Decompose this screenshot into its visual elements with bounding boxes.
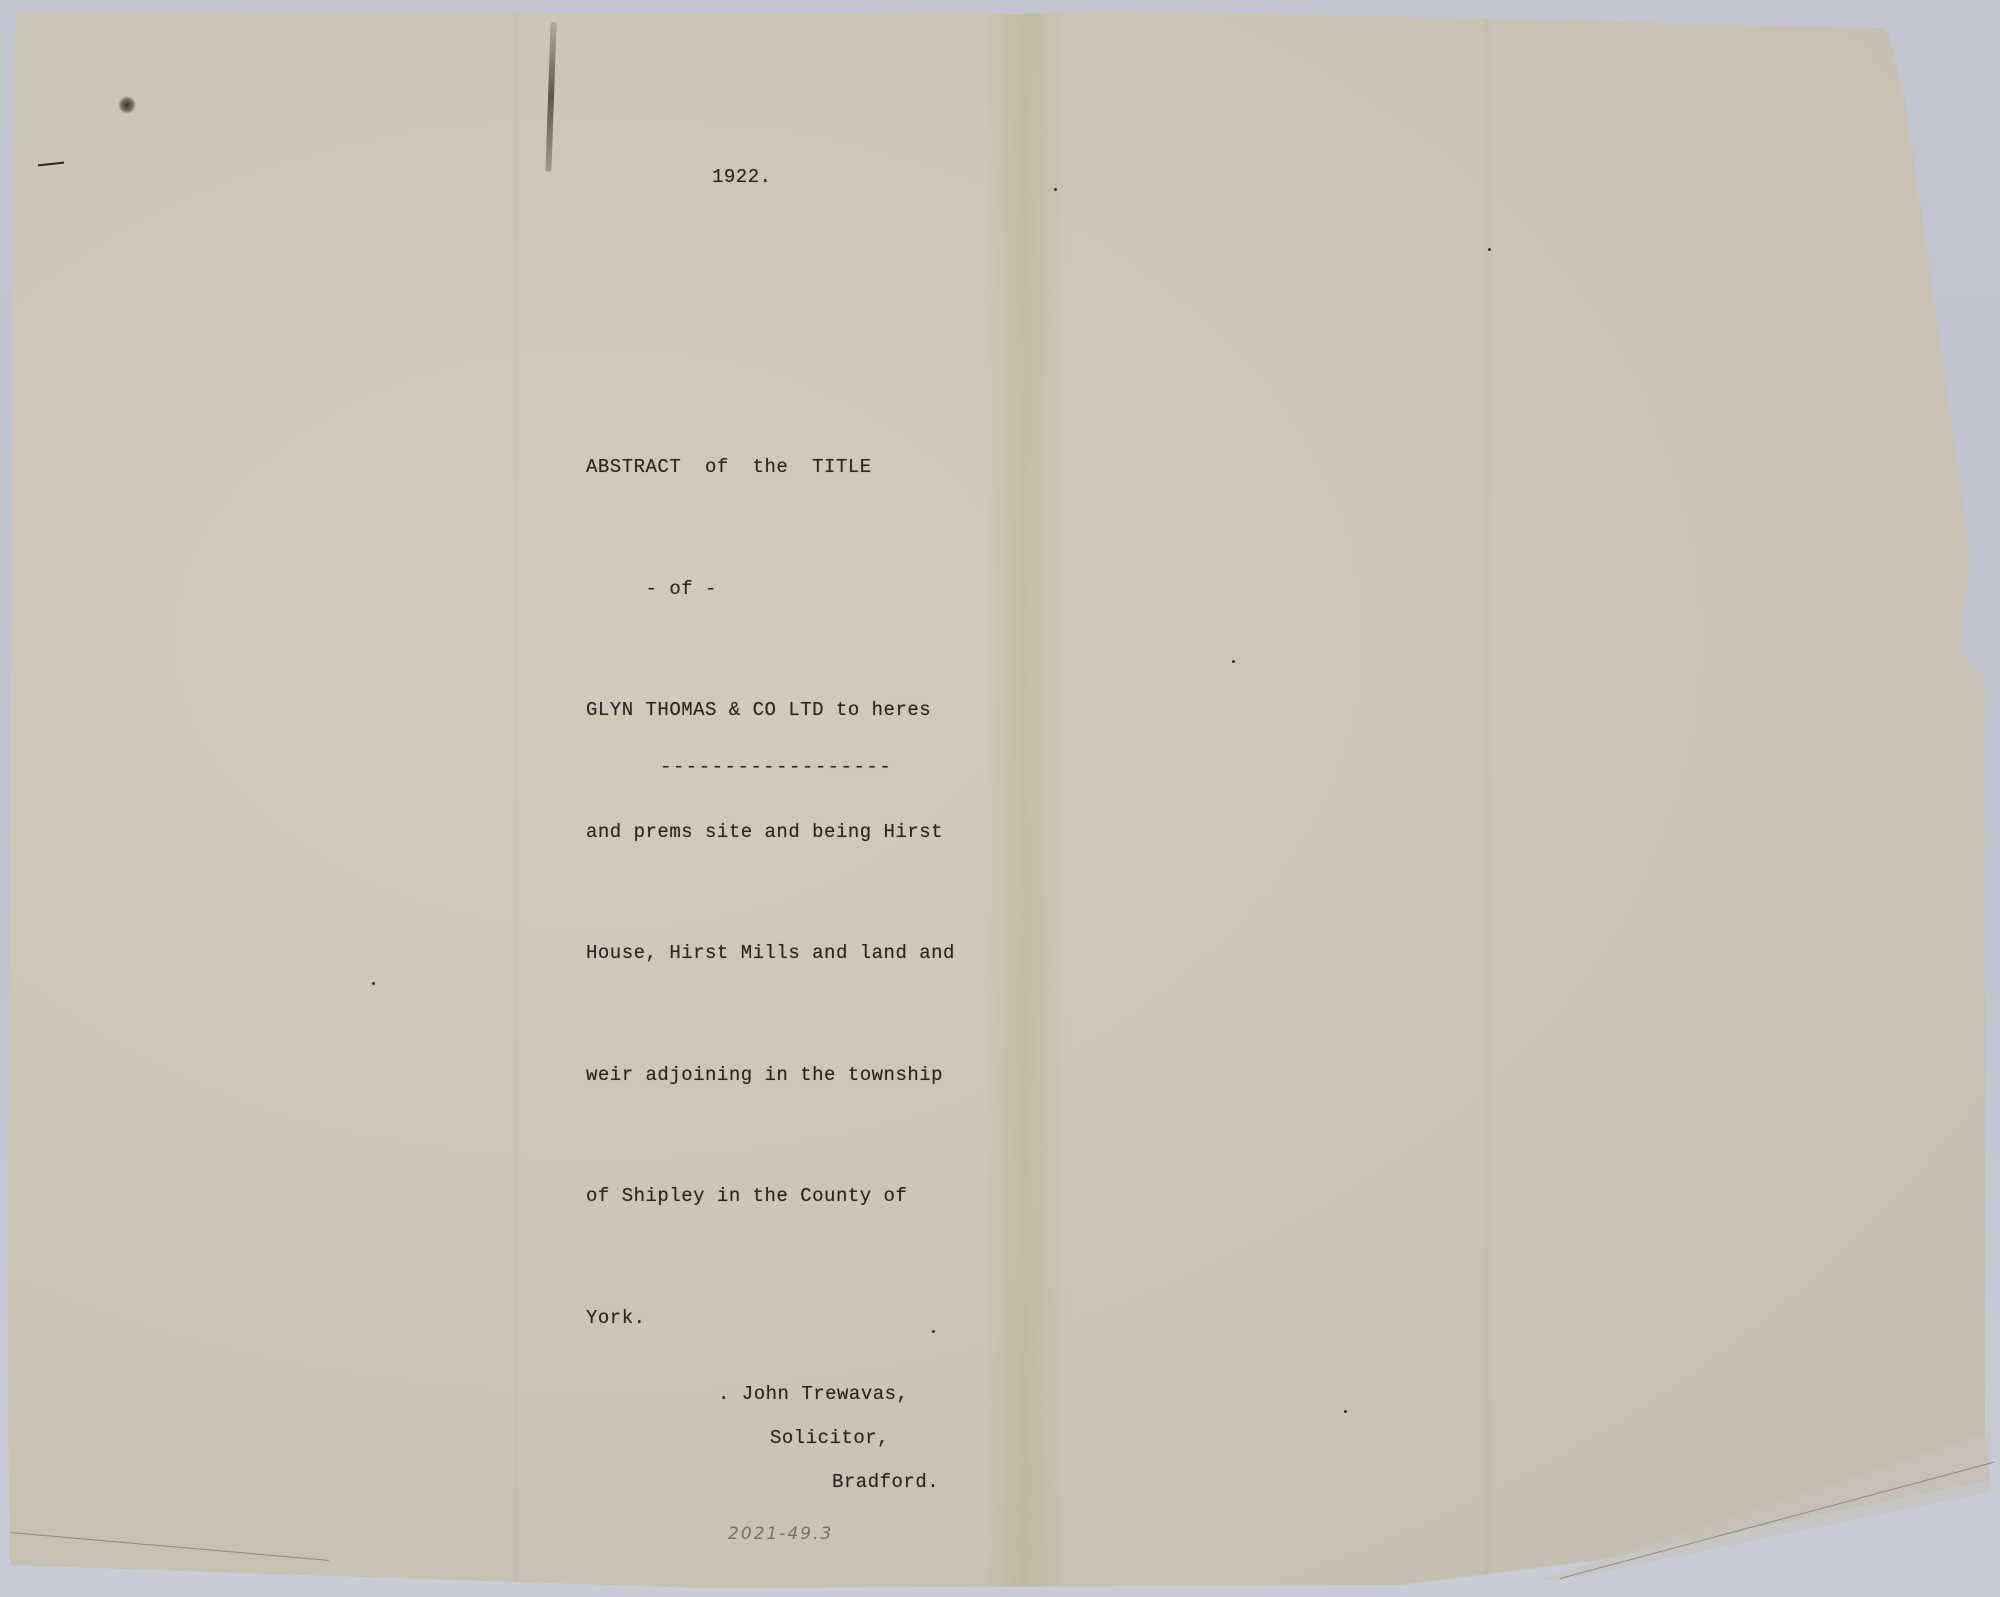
- pencil-accession-number: 2021-49.3: [728, 1524, 833, 1544]
- signature-name: . John Trewavas,: [718, 1372, 908, 1416]
- body-line: York.: [586, 1298, 955, 1339]
- document-paper: [0, 0, 2000, 1597]
- body-line: and prems site and being Hirst: [586, 812, 955, 853]
- ink-speck: [1232, 660, 1235, 663]
- body-line: weir adjoining in the township: [586, 1055, 955, 1096]
- heading-line-1: ABSTRACT of the TITLE: [586, 447, 955, 488]
- ink-speck: [932, 1330, 935, 1333]
- body-line: House, Hirst Mills and land and: [586, 933, 955, 974]
- body-line: GLYN THOMAS & CO LTD to heres: [586, 690, 955, 731]
- ink-speck: [1344, 1410, 1347, 1413]
- dashed-separator: ------------------: [660, 756, 892, 778]
- signature-title: Solicitor,: [770, 1416, 889, 1460]
- ink-speck: [1488, 248, 1491, 251]
- ink-speck: [1054, 188, 1057, 191]
- title-block: ABSTRACT of the TITLE - of - GLYN THOMAS…: [586, 366, 955, 1379]
- ink-speck: [372, 982, 375, 985]
- punch-hole: [118, 96, 136, 114]
- signature-place: Bradford.: [832, 1460, 939, 1504]
- heading-line-2: - of -: [586, 569, 955, 610]
- document-year: 1922.: [712, 166, 772, 188]
- body-line: of Shipley in the County of: [586, 1176, 955, 1217]
